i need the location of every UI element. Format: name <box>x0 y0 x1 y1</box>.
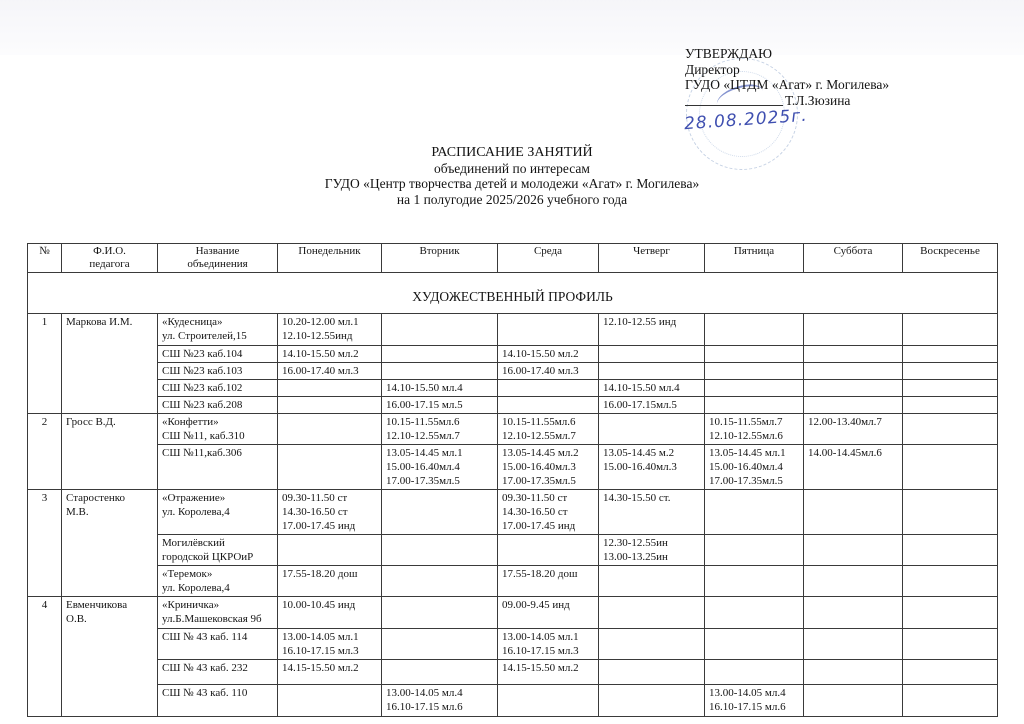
schedule-cell-sat <box>804 685 903 717</box>
header-tuesday: Вторник <box>382 244 498 273</box>
schedule-cell-fri <box>705 380 804 397</box>
schedule-cell-thu <box>599 566 705 597</box>
table-row: СШ №11,каб.30613.05-14.45 мл.1 15.00-16.… <box>28 445 998 490</box>
table-row: СШ № 43 каб. 11013.00-14.05 мл.4 16.10-1… <box>28 685 998 717</box>
title-main: РАСПИСАНИЕ ЗАНЯТИЙ <box>250 145 774 161</box>
schedule-cell-sat <box>804 363 903 380</box>
approval-position: Директор <box>685 62 889 78</box>
group-name: «Конфетти» СШ №11, каб.310 <box>158 414 278 445</box>
schedule-cell-fri <box>705 314 804 346</box>
schedule-cell-sat <box>804 380 903 397</box>
header-thursday: Четверг <box>599 244 705 273</box>
header-monday: Понедельник <box>278 244 382 273</box>
schedule-cell-fri <box>705 397 804 414</box>
schedule-cell-wed <box>498 535 599 566</box>
schedule-cell-fri: 13.00-14.05 мл.4 16.10-17.15 мл.6 <box>705 685 804 717</box>
header-num: № <box>28 244 62 273</box>
schedule-cell-tue: 10.15-11.55мл.6 12.10-12.55мл.7 <box>382 414 498 445</box>
schedule-cell-sun <box>903 566 998 597</box>
schedule-cell-wed: 13.05-14.45 мл.2 15.00-16.40мл.3 17.00-1… <box>498 445 599 490</box>
approval-heading: УТВЕРЖДАЮ <box>685 46 889 62</box>
schedule-cell-thu <box>599 685 705 717</box>
schedule-cell-mon: 17.55-18.20 дош <box>278 566 382 597</box>
schedule-cell-thu: 12.30-12.55ин 13.00-13.25ин <box>599 535 705 566</box>
schedule-cell-mon <box>278 445 382 490</box>
schedule-cell-tue <box>382 597 498 629</box>
header-group: Название объединения <box>158 244 278 273</box>
schedule-cell-wed: 09.00-9.45 инд <box>498 597 599 629</box>
group-name: «Теремок» ул. Королева,4 <box>158 566 278 597</box>
header-teacher: Ф.И.О. педагога <box>62 244 158 273</box>
schedule-cell-tue: 13.05-14.45 мл.1 15.00-16.40мл.4 17.00-1… <box>382 445 498 490</box>
teacher-name: Гросс В.Д. <box>62 414 158 490</box>
group-name: «Кудесница» ул. Строителей,15 <box>158 314 278 346</box>
group-name: Могилёвский городской ЦКРОиР <box>158 535 278 566</box>
group-name: «Отражение» ул. Королева,4 <box>158 490 278 535</box>
schedule-cell-wed <box>498 397 599 414</box>
schedule-cell-sun <box>903 535 998 566</box>
schedule-cell-mon: 14.10-15.50 мл.2 <box>278 346 382 363</box>
group-name: СШ № 43 каб. 232 <box>158 660 278 685</box>
schedule-cell-sun <box>903 629 998 660</box>
schedule-cell-sun <box>903 414 998 445</box>
section-row: ХУДОЖЕСТВЕННЫЙ ПРОФИЛЬ <box>28 273 998 314</box>
schedule-cell-mon <box>278 685 382 717</box>
schedule-cell-fri: 13.05-14.45 мл.1 15.00-16.40мл.4 17.00-1… <box>705 445 804 490</box>
schedule-cell-sat <box>804 535 903 566</box>
teacher-name: Старостенко М.В. <box>62 490 158 597</box>
table-row: СШ №23 каб.10316.00-17.40 мл.316.00-17.4… <box>28 363 998 380</box>
approval-signatory: Т.Л.Зюзина <box>685 93 889 109</box>
schedule-cell-sat <box>804 397 903 414</box>
schedule-cell-thu: 12.10-12.55 инд <box>599 314 705 346</box>
schedule-cell-mon <box>278 380 382 397</box>
group-name: СШ №11,каб.306 <box>158 445 278 490</box>
schedule-cell-sat <box>804 566 903 597</box>
document-title: РАСПИСАНИЕ ЗАНЯТИЙ объединений по интере… <box>250 145 774 207</box>
schedule-cell-sat: 14.00-14.45мл.6 <box>804 445 903 490</box>
table-row: СШ № 43 каб. 232 14.15-15.50 мл.2 14.15-… <box>28 660 998 685</box>
group-name: СШ № 43 каб. 110 <box>158 685 278 717</box>
schedule-cell-thu <box>599 346 705 363</box>
approval-block: УТВЕРЖДАЮ Директор ГУДО «ЦТДМ «Агат» г. … <box>685 46 889 108</box>
title-line2: объединений по интересам <box>250 161 774 177</box>
schedule-cell-fri <box>705 346 804 363</box>
schedule-cell-fri: 10.15-11.55мл.7 12.10-12.55мл.6 <box>705 414 804 445</box>
table-row: СШ №23 каб.10414.10-15.50 мл.214.10-15.5… <box>28 346 998 363</box>
schedule-cell-mon <box>278 414 382 445</box>
teacher-number: 1 <box>28 314 62 414</box>
schedule-cell-wed <box>498 314 599 346</box>
group-name: СШ №23 каб.102 <box>158 380 278 397</box>
table-row: 3Старостенко М.В.«Отражение» ул. Королев… <box>28 490 998 535</box>
schedule-cell-thu: 14.30-15.50 ст. <box>599 490 705 535</box>
schedule-cell-sun <box>903 363 998 380</box>
schedule-cell-thu <box>599 597 705 629</box>
schedule-cell-tue: 16.00-17.15 мл.5 <box>382 397 498 414</box>
schedule-cell-wed: 16.00-17.40 мл.3 <box>498 363 599 380</box>
schedule-cell-thu: 16.00-17.15мл.5 <box>599 397 705 414</box>
schedule-cell-sun <box>903 490 998 535</box>
schedule-cell-sun <box>903 445 998 490</box>
schedule-cell-mon: 10.00-10.45 инд <box>278 597 382 629</box>
schedule-cell-mon: 10.20-12.00 мл.1 12.10-12.55инд <box>278 314 382 346</box>
schedule-cell-fri <box>705 660 804 685</box>
schedule-table: № Ф.И.О. педагога Название объединения П… <box>27 243 998 717</box>
group-name: СШ № 43 каб. 114 <box>158 629 278 660</box>
schedule-cell-sat <box>804 597 903 629</box>
schedule-cell-sat <box>804 629 903 660</box>
schedule-cell-tue <box>382 629 498 660</box>
teacher-number: 3 <box>28 490 62 597</box>
teacher-number: 4 <box>28 597 62 717</box>
approval-organization: ГУДО «ЦТДМ «Агат» г. Могилева» <box>685 77 889 93</box>
schedule-cell-sun <box>903 685 998 717</box>
schedule-cell-thu: 14.10-15.50 мл.4 <box>599 380 705 397</box>
schedule-cell-sun <box>903 314 998 346</box>
table-row: «Теремок» ул. Королева,4 17.55-18.20 дош… <box>28 566 998 597</box>
schedule-cell-mon: 16.00-17.40 мл.3 <box>278 363 382 380</box>
header-row: № Ф.И.О. педагога Название объединения П… <box>28 244 998 273</box>
schedule-cell-tue <box>382 363 498 380</box>
teacher-name: Маркова И.М. <box>62 314 158 414</box>
schedule-cell-thu <box>599 414 705 445</box>
table-row: СШ №23 каб.10214.10-15.50 мл.414.10-15.5… <box>28 380 998 397</box>
schedule-cell-sun <box>903 380 998 397</box>
header-wednesday: Среда <box>498 244 599 273</box>
schedule-cell-fri <box>705 629 804 660</box>
table-row: Могилёвский городской ЦКРОиР12.30-12.55и… <box>28 535 998 566</box>
schedule-cell-wed: 09.30-11.50 ст 14.30-16.50 ст 17.00-17.4… <box>498 490 599 535</box>
schedule-cell-tue <box>382 535 498 566</box>
header-friday: Пятница <box>705 244 804 273</box>
schedule-cell-sun <box>903 660 998 685</box>
schedule-cell-thu <box>599 363 705 380</box>
header-sunday: Воскресенье <box>903 244 998 273</box>
table-row: 1Маркова И.М.«Кудесница» ул. Строителей,… <box>28 314 998 346</box>
schedule-cell-thu <box>599 660 705 685</box>
schedule-cell-mon <box>278 397 382 414</box>
teacher-number: 2 <box>28 414 62 490</box>
group-name: СШ №23 каб.208 <box>158 397 278 414</box>
schedule-cell-fri <box>705 363 804 380</box>
schedule-cell-sun <box>903 397 998 414</box>
title-line3: ГУДО «Центр творчества детей и молодежи … <box>250 176 774 192</box>
schedule-cell-wed: 17.55-18.20 дош <box>498 566 599 597</box>
schedule-cell-wed: 13.00-14.05 мл.1 16.10-17.15 мл.3 <box>498 629 599 660</box>
schedule-cell-fri <box>705 490 804 535</box>
schedule-cell-mon: 14.15-15.50 мл.2 <box>278 660 382 685</box>
table-row: 4Евменчикова О.В.«Криничка» ул.Б.Машеков… <box>28 597 998 629</box>
schedule-cell-tue <box>382 346 498 363</box>
schedule-cell-tue <box>382 566 498 597</box>
schedule-cell-sat <box>804 314 903 346</box>
schedule-cell-tue <box>382 660 498 685</box>
schedule-cell-tue <box>382 490 498 535</box>
schedule-cell-wed: 14.10-15.50 мл.2 <box>498 346 599 363</box>
schedule-cell-wed: 10.15-11.55мл.6 12.10-12.55мл.7 <box>498 414 599 445</box>
group-name: СШ №23 каб.103 <box>158 363 278 380</box>
group-name: «Криничка» ул.Б.Машековская 9б <box>158 597 278 629</box>
schedule-cell-wed <box>498 380 599 397</box>
schedule-cell-sat <box>804 490 903 535</box>
schedule-cell-tue: 14.10-15.50 мл.4 <box>382 380 498 397</box>
schedule-cell-thu: 13.05-14.45 м.2 15.00-16.40мл.3 <box>599 445 705 490</box>
table-row: 2Гросс В.Д.«Конфетти» СШ №11, каб.31010.… <box>28 414 998 445</box>
schedule-cell-mon <box>278 535 382 566</box>
schedule-cell-fri <box>705 535 804 566</box>
teacher-name: Евменчикова О.В. <box>62 597 158 717</box>
schedule-cell-sat <box>804 660 903 685</box>
schedule-cell-fri <box>705 597 804 629</box>
schedule-cell-wed <box>498 685 599 717</box>
table-row: СШ № 43 каб. 11413.00-14.05 мл.1 16.10-1… <box>28 629 998 660</box>
schedule-cell-wed: 14.15-15.50 мл.2 <box>498 660 599 685</box>
schedule-cell-fri <box>705 566 804 597</box>
schedule-cell-mon: 13.00-14.05 мл.1 16.10-17.15 мл.3 <box>278 629 382 660</box>
title-line4: на 1 полугодие 2025/2026 учебного года <box>250 192 774 208</box>
header-saturday: Суббота <box>804 244 903 273</box>
schedule-cell-thu <box>599 629 705 660</box>
section-title: ХУДОЖЕСТВЕННЫЙ ПРОФИЛЬ <box>28 273 998 314</box>
group-name: СШ №23 каб.104 <box>158 346 278 363</box>
schedule-cell-tue: 13.00-14.05 мл.4 16.10-17.15 мл.6 <box>382 685 498 717</box>
table-row: СШ №23 каб.20816.00-17.15 мл.516.00-17.1… <box>28 397 998 414</box>
schedule-cell-tue <box>382 314 498 346</box>
schedule-cell-mon: 09.30-11.50 ст 14.30-16.50 ст 17.00-17.4… <box>278 490 382 535</box>
schedule-cell-sat <box>804 346 903 363</box>
schedule-cell-sun <box>903 346 998 363</box>
schedule-cell-sun <box>903 597 998 629</box>
schedule-cell-sat: 12.00-13.40мл.7 <box>804 414 903 445</box>
